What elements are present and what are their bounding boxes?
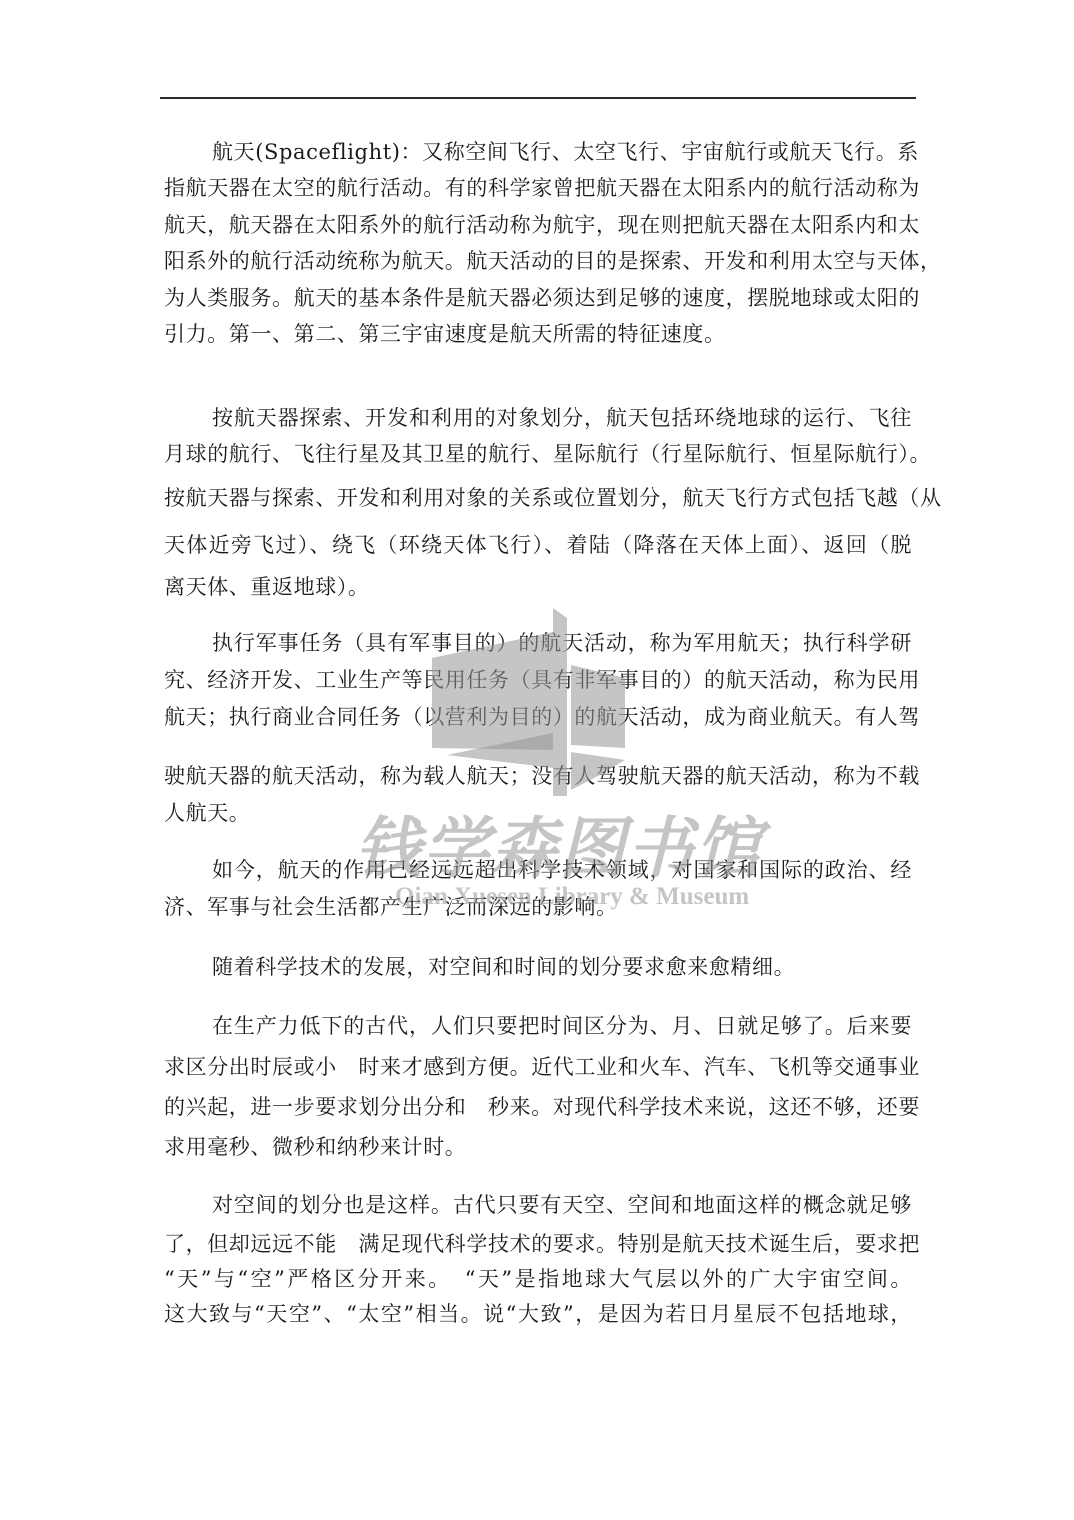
text-line: 天体近旁飞过）、绕飞（环绕天体飞行）、着陆（降落在天体上面）、返回（脱 <box>164 533 912 557</box>
text-line: 对空间的划分也是这样。古代只要有天空、空间和地面这样的概念就足够 <box>212 1193 912 1217</box>
text-line: 人航天。 <box>164 801 912 825</box>
text-line: 航天，航天器在太阳系外的航行活动称为航宇，现在则把航天器在太阳系内和太 <box>164 213 912 237</box>
text-line: 求用毫秒、微秒和纳秒来计时。 <box>164 1135 912 1159</box>
text-line: 按航天器探索、开发和利用的对象划分，航天包括环绕地球的运行、飞往 <box>212 406 912 430</box>
text-line: 为人类服务。航天的基本条件是航天器必须达到足够的速度，摆脱地球或太阳的 <box>164 286 912 310</box>
text-line: “天”与“空”严格区分开来。 “天”是指地球大气层以外的广大宇宙空间。 <box>164 1267 912 1291</box>
text-line: 在生产力低下的古代，人们只要把时间区分为、月、日就足够了。后来要 <box>212 1014 912 1038</box>
text-line: 求区分出时辰或小 时来才感到方便。近代工业和火车、汽车、飞机等交通事业 <box>164 1055 912 1079</box>
text-line: 航天；执行商业合同任务（以营利为目的）的航天活动，成为商业航天。有人驾 <box>164 705 912 729</box>
text-line: 按航天器与探索、开发和利用对象的关系或位置划分，航天飞行方式包括飞越（从 <box>164 486 912 510</box>
text-line: 究、经济开发、工业生产等民用任务（具有非军事目的）的航天活动，称为民用 <box>164 668 912 692</box>
text-line: 指航天器在太空的航行活动。有的科学家曾把航天器在太阳系内的航行活动称为 <box>164 176 912 200</box>
header-rule <box>160 97 916 99</box>
text-line: 随着科学技术的发展，对空间和时间的划分要求愈来愈精细。 <box>212 955 912 979</box>
text-line: 月球的航行、飞往行星及其卫星的航行、星际航行（行星际航行、恒星际航行）。 <box>164 442 912 466</box>
text-line: 执行军事任务（具有军事目的）的航天活动，称为军用航天；执行科学研 <box>212 631 912 655</box>
text-line: 济、军事与社会生活都产生广泛而深远的影响。 <box>164 895 912 919</box>
document-page: 航天(Spaceflight)：又称空间飞行、太空飞行、宇宙航行或航天飞行。系 … <box>0 0 1074 1520</box>
text-line: 的兴起，进一步要求划分出分和 秒来。对现代科学技术来说，这还不够，还要 <box>164 1095 912 1119</box>
text-line: 引力。第一、第二、第三宇宙速度是航天所需的特征速度。 <box>164 322 912 346</box>
text-line: 航天(Spaceflight)：又称空间飞行、太空飞行、宇宙航行或航天飞行。系 <box>212 140 912 164</box>
text-line: 如今，航天的作用已经远远超出科学技术领域，对国家和国际的政治、经 <box>212 858 912 882</box>
text-line: 驶航天器的航天活动，称为载人航天；没有人驾驶航天器的航天活动，称为不载 <box>164 764 912 788</box>
text-line: 这大致与“天空”、“太空”相当。说“大致”，是因为若日月星辰不包括地球， <box>164 1302 912 1326</box>
text-line: 了，但却远远不能 满足现代科学技术的要求。特别是航天技术诞生后，要求把 <box>164 1232 912 1256</box>
text-line: 离天体、重返地球）。 <box>164 575 912 599</box>
text-line: 阳系外的航行活动统称为航天。航天活动的目的是探索、开发和利用太空与天体， <box>164 249 912 273</box>
